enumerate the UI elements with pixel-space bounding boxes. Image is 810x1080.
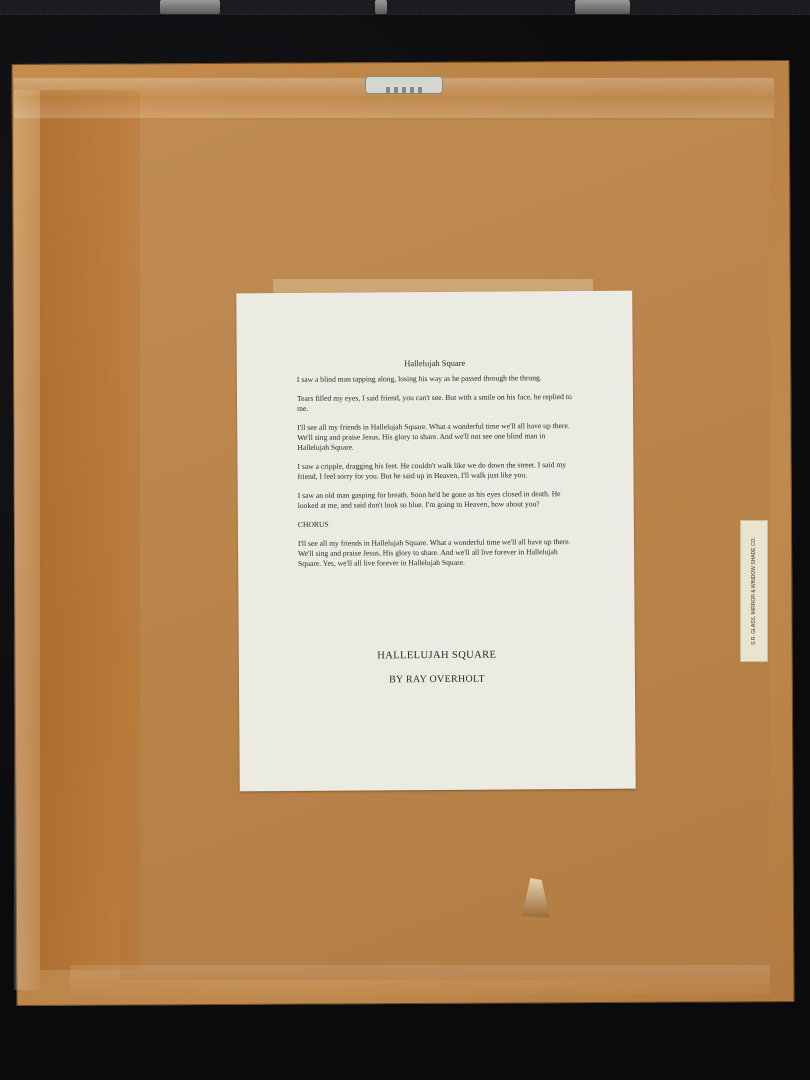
top-strap	[0, 0, 810, 15]
metal-clip	[575, 0, 630, 14]
lyrics-paragraph: I'll see all my friends in Hallelujah Sq…	[297, 421, 577, 453]
metal-clip	[160, 0, 220, 14]
song-author: BY RAY OVERHOLT	[239, 673, 635, 687]
sheet-heading: Hallelujah Square	[237, 357, 633, 370]
lyrics-paragraph: I saw a blind man tapping along, losing …	[297, 373, 577, 385]
metal-clip	[375, 0, 387, 14]
clear-tape-left	[14, 90, 40, 990]
lyrics-sheet: Hallelujah Square I saw a blind man tapp…	[236, 291, 635, 792]
lyrics-body: I saw a blind man tapping along, losing …	[297, 373, 578, 578]
framer-label-text: S.R. GLASS, MIRROR & WINDOW SHADE CO.	[751, 537, 757, 645]
framer-label: S.R. GLASS, MIRROR & WINDOW SHADE CO.	[740, 520, 768, 662]
chorus-label: CHORUS	[298, 518, 578, 530]
lyrics-paragraph: Tears filled my eyes, I said friend, you…	[297, 392, 577, 414]
masking-tape-left	[40, 90, 140, 970]
sawtooth-hanger-icon	[365, 76, 443, 94]
lyrics-paragraph: I saw a cripple, dragging his feet. He c…	[297, 460, 577, 482]
lyrics-paragraph: I'll see all my friends in Hallelujah Sq…	[298, 537, 578, 569]
clear-tape-bottom	[70, 965, 770, 995]
lyrics-paragraph: I saw an old man gasping for breath. Soo…	[298, 489, 578, 511]
song-title: HALLELUJAH SQUARE	[239, 649, 635, 663]
